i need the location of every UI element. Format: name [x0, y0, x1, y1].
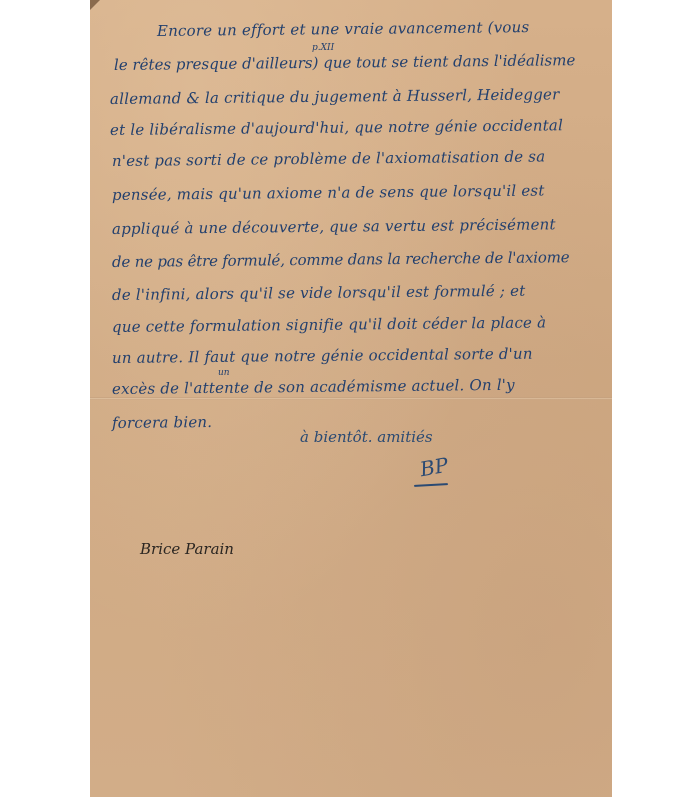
- author-name: Brice Parain: [140, 540, 234, 558]
- letter-line-13: forcera bien.: [112, 413, 212, 432]
- letter-line-9: de l'infini, alors qu'il se vide lorsqu'…: [112, 282, 526, 304]
- letter-line-8: de ne pas être formulé, comme dans la re…: [112, 248, 570, 271]
- letter-line-1: Encore un effort et une vraie avancement…: [157, 18, 530, 40]
- letter-closing: à bientôt. amitiés: [300, 428, 433, 446]
- interlinear-insert-pxii: p.XII: [312, 43, 334, 53]
- letter-line-4: et le libéralisme d'aujourd'hui, que not…: [110, 116, 563, 139]
- letter-line-5: n'est pas sorti de ce problème de l'axio…: [112, 147, 545, 170]
- letter-line-7: appliqué à une découverte, que sa vertu …: [112, 215, 556, 238]
- signature-underline: [414, 483, 448, 487]
- letter-page: Encore un effort et une vraie avancement…: [90, 0, 612, 797]
- letter-line-11: un autre. Il faut que notre génie occide…: [112, 345, 533, 367]
- letter-line-6: pensée, mais qu'un axiome n'a de sens qu…: [112, 181, 545, 204]
- letter-line-2: le rêtes presque d'ailleurs) que tout se…: [114, 51, 576, 74]
- page-corner-fold: [90, 0, 100, 10]
- letter-line-10: que cette formulation signifie qu'il doi…: [112, 313, 546, 336]
- letter-line-3: allemand & la critique du jugement à Hus…: [110, 85, 560, 108]
- paper-fold-line: [90, 397, 612, 400]
- interlinear-insert-un: un: [218, 368, 230, 378]
- letter-line-12: excès de l'attente de son académisme act…: [112, 376, 515, 398]
- signature-initials: BP: [418, 453, 450, 482]
